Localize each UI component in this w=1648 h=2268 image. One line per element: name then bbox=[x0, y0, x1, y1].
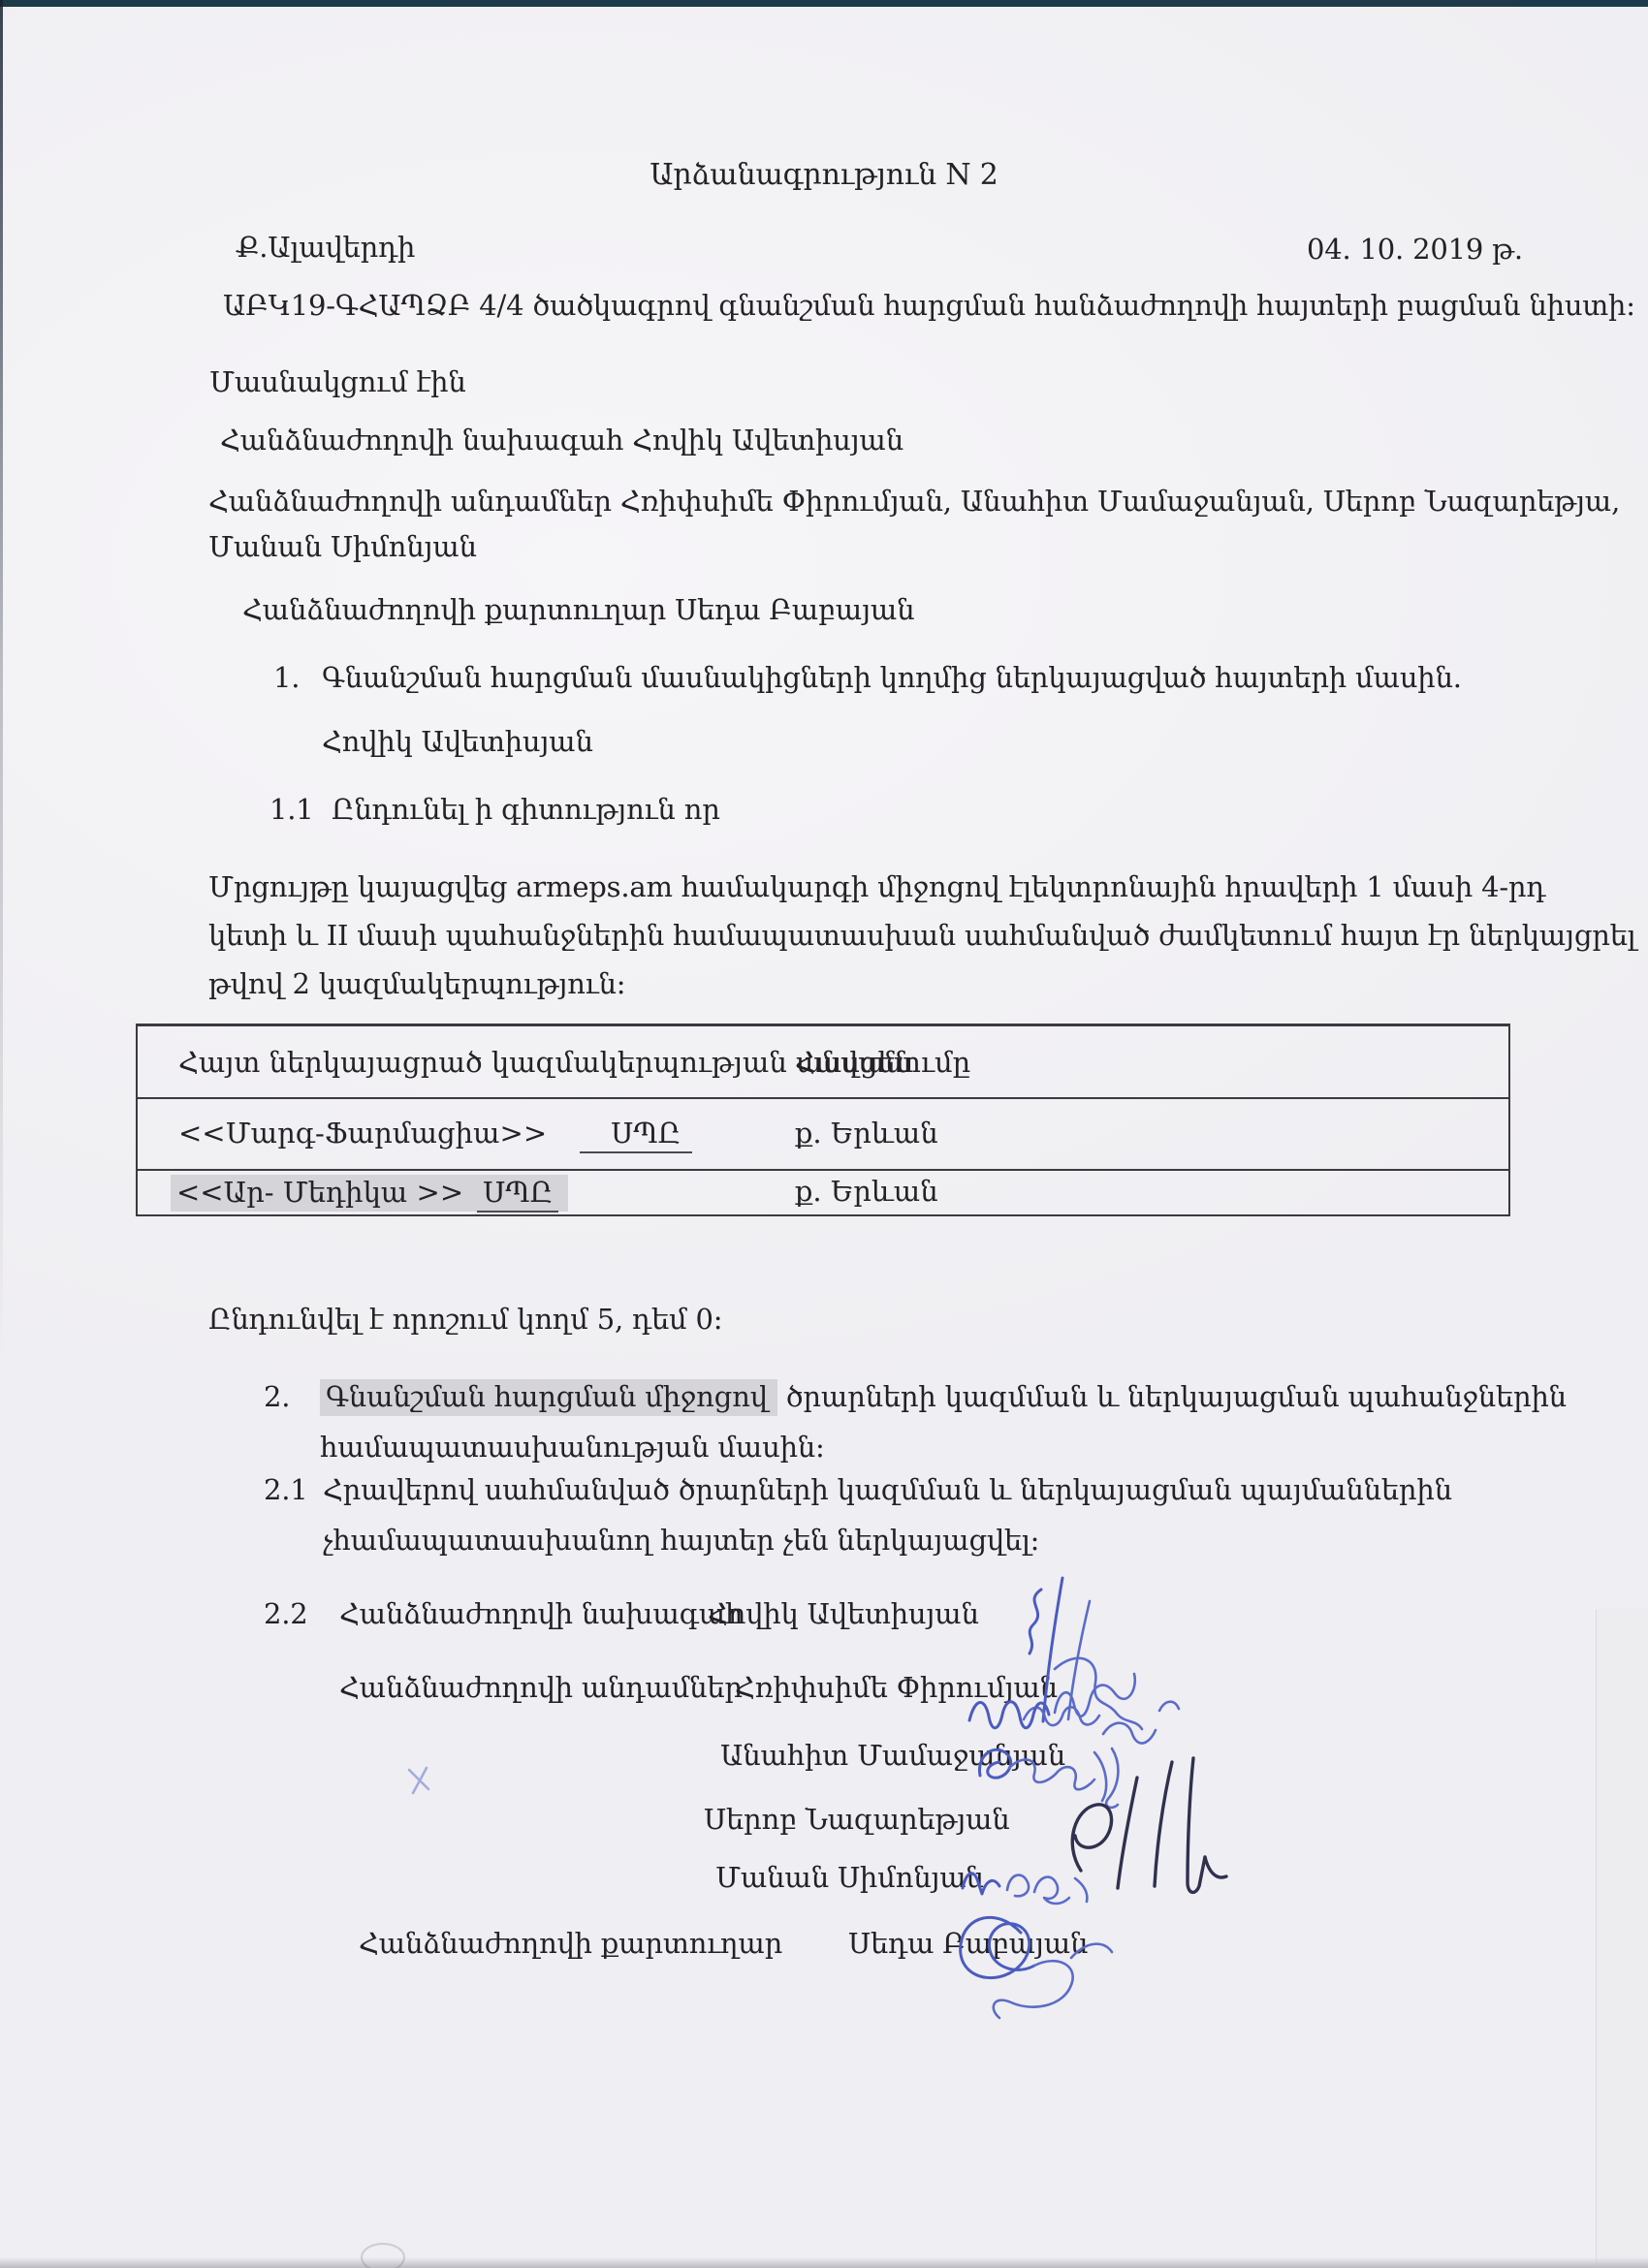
scan-paper-right-edge bbox=[1596, 1609, 1648, 2268]
table-header-address: Հասցեն bbox=[795, 1046, 913, 1079]
document-date: 04. 10. 2019 թ. bbox=[1307, 233, 1523, 266]
sign-chairman-label: Հանձնաժողովի նախագահ bbox=[339, 1597, 743, 1630]
decision-line: Ընդունվել է որոշում կողմ 5, դեմ 0: bbox=[208, 1303, 722, 1336]
body-paragraph-line2: կետի և II մասի պահանջներին համապատասխան … bbox=[208, 919, 1635, 952]
scan-smudge-mark bbox=[361, 2243, 405, 2268]
body-paragraph-line1: Մրցույթը կայացվեց armeps.am համակարգի մի… bbox=[208, 870, 1545, 903]
table-header-row: Հայտ ներկայացրած կազմակերպության անվանու… bbox=[138, 1026, 1508, 1099]
company-legal-form: ՍՊԸ bbox=[580, 1117, 692, 1153]
document-title: Արձանագրություն N 2 bbox=[0, 158, 1648, 192]
company-name: <<Մարգ-Ֆարմացիա>> bbox=[178, 1117, 547, 1150]
scanned-protocol-document: Արձանագրություն N 2 Ք.Ալավերդի 04. 10. 2… bbox=[0, 0, 1648, 2268]
company-legal-form: ՍՊԸ bbox=[477, 1176, 558, 1213]
members-line-1: Հանձնաժողովի անդամներ Հռիփսիմե Փիրումյան… bbox=[208, 485, 1620, 518]
item2-2-number: 2.2 bbox=[264, 1597, 308, 1630]
item2-1-line1: Հրավերով սահմանված ծրարների կազմման և նե… bbox=[323, 1473, 1452, 1506]
item2-1-number: 2.1 bbox=[264, 1473, 308, 1506]
item2-rest-text: ծրարների կազմման և ներկայացման պահանջներ… bbox=[777, 1380, 1567, 1413]
item1-number: 1. bbox=[273, 661, 300, 694]
item2-text-line2: համապատասխանության մասին: bbox=[320, 1431, 825, 1464]
sign-member-name: Մանան Սիմոնյան bbox=[715, 1861, 984, 1894]
item1-1-number: 1.1 bbox=[269, 793, 314, 826]
chairman-line: Հանձնաժողովի նախագահ Հովիկ Ավետիսյան bbox=[220, 424, 903, 457]
scan-bottom-edge bbox=[0, 2257, 1648, 2268]
table-row: <<Ար- Մեդիկա >>ՍՊԸ ք. Երևան bbox=[138, 1171, 1508, 1214]
members-line-2: Մանան Սիմոնյան bbox=[208, 530, 477, 563]
item2-1-line2: չհամապատասխանող հայտեր չեն ներկայացվել: bbox=[323, 1524, 1039, 1557]
signature-babayan bbox=[926, 1890, 1120, 2026]
attendees-intro: Մասնակցում էին bbox=[209, 365, 466, 398]
item1-speaker: Հովիկ Ավետիսյան bbox=[322, 725, 593, 758]
item2-text-line1: Գնանշման հարցման միջոցով ծրարների կազմմա… bbox=[320, 1380, 1567, 1413]
item1-1-text: Ընդունել ի գիտություն որ bbox=[332, 793, 720, 826]
company-address: ք. Երևան bbox=[795, 1117, 938, 1150]
document-city: Ք.Ալավերդի bbox=[236, 231, 415, 264]
secretary-line: Հանձնաժողովի քարտուղար Սեդա Բաբայան bbox=[242, 593, 914, 626]
sign-chairman-name: Հովիկ Ավետիսյան bbox=[708, 1597, 979, 1630]
sign-members-label: Հանձնաժողովի անդամներ bbox=[339, 1671, 743, 1704]
company-name: <<Ար- Մեդիկա >> bbox=[176, 1176, 463, 1209]
item2-highlighted-text: Գնանշման հարցման միջոցով bbox=[320, 1379, 777, 1416]
item1-text: Գնանշման հարցման մասնակիցների կողմից ներ… bbox=[322, 661, 1462, 694]
item2-number: 2. bbox=[264, 1380, 290, 1413]
table-row: <<Մարգ-Ֆարմացիա>>ՍՊԸ ք. Երևան bbox=[138, 1099, 1508, 1171]
company-address: ք. Երևան bbox=[795, 1175, 938, 1208]
scan-left-edge bbox=[0, 0, 3, 2268]
body-paragraph-line3: թվով 2 կազմակերպություն: bbox=[208, 967, 625, 1000]
document-subject: ԱԲԿ19-ԳՀԱՊՁԲ 4/4 ծածկագրով գնանշման հարց… bbox=[223, 289, 1635, 322]
bidders-table: Հայտ ներկայացրած կազմակերպության անվանու… bbox=[136, 1024, 1510, 1216]
scan-top-edge bbox=[0, 0, 1648, 7]
pen-stray-mark bbox=[405, 1766, 434, 1795]
sign-secretary-label: Հանձնաժողովի քարտուղար bbox=[359, 1927, 782, 1960]
